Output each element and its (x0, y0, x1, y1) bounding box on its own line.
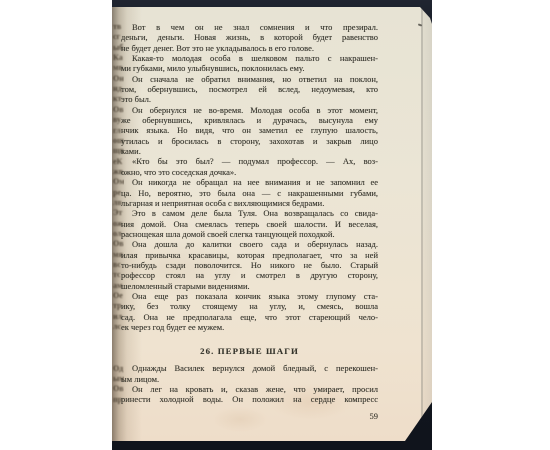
text-line: Он никогда не обращал на нее внимания и … (121, 177, 378, 187)
chapter-heading: 26. ПЕРВЫЕ ШАГИ (121, 346, 378, 357)
ink-speck (418, 23, 422, 26)
text-line: рофессор стоял на углу и смотрел в другу… (121, 270, 378, 280)
text-line: то-нибудь сзади поволочится. Но никого н… (121, 260, 378, 270)
page-number: 59 (121, 411, 378, 421)
text-line: «Кто бы это был? — подумал профессор. — … (121, 156, 378, 166)
text-line: ику, без толку стоящему на углу, и, смея… (121, 301, 378, 311)
paragraph-block-2: Однажды Василек вернулся домой бледный, … (121, 363, 378, 404)
text-line: Он сначала не обратил внимания, но ответ… (121, 74, 378, 84)
text-line: Он обернулся не во-время. Молодая особа … (121, 105, 378, 115)
text-line: Он лег на кровать и, сказав жене, что ум… (121, 384, 378, 394)
screenshot-canvas: твсгыбКамвОнндктОввуглошщвеКжвОмрелвЭтож… (0, 0, 550, 450)
text-line: Это в самом деле была Туля. Она возвраща… (121, 208, 378, 218)
text-line: илая привычка красавицы, которая предпол… (121, 250, 378, 260)
text-line: же обернувшись, кривлялась и дурачась, в… (121, 115, 378, 125)
text-line: Вот в чем он не знал сомнения и что през… (121, 22, 378, 32)
text-line: Она еще раз показала кончик языка этому … (121, 291, 378, 301)
page-stack-edge (423, 7, 432, 441)
text-line: ожно, что это соседская дочка». (121, 167, 378, 177)
text-line: льгарная и неприятная особа с вихляющими… (121, 198, 378, 208)
text-line: раснощекая шла домой своей слегка танцую… (121, 229, 378, 239)
text-line: ками. (121, 146, 378, 156)
text-line: шеломленный старыми видениями. (121, 281, 378, 291)
text-line: Какая-то молодая особа в шелковом пальто… (121, 53, 378, 63)
text-line: нчик языка. Но видя, что он заметил ее г… (121, 125, 378, 135)
text-line: утилась и бросилась в сторону, захохотав… (121, 136, 378, 146)
text-line: Однажды Василек вернулся домой бледный, … (121, 363, 378, 373)
text-line: не будет денег. Вот это не укладывалось … (121, 43, 378, 53)
book-photo: твсгыбКамвОнндктОввуглошщвеКжвОмрелвЭтож… (112, 0, 432, 450)
text-line: деньги, деньги. Новая жизнь, в которой б… (121, 32, 378, 42)
text-line: ца. Но, вероятно, это была она — с накра… (121, 188, 378, 198)
text-line: сад. Она не предполагала еще, что этот с… (121, 312, 378, 322)
text-column: Вот в чем он не знал сомнения и что през… (121, 22, 378, 421)
text-line: ек через год будет ее мужем. (121, 322, 378, 332)
paragraph-block-1: Вот в чем он не знал сомнения и что през… (121, 22, 378, 332)
text-line: Она дошла до калитки своего сада и оберн… (121, 239, 378, 249)
text-line: это был. (121, 94, 378, 104)
book-page: твсгыбКамвОнндктОввуглошщвеКжвОмрелвЭтож… (112, 7, 432, 441)
text-line: ым лицом. (121, 374, 378, 384)
text-line: том, обернувшись, посмотрел ей вслед, не… (121, 84, 378, 94)
text-line: ния домой. Она смеялась теперь своей шал… (121, 219, 378, 229)
text-line: ми губками, мило улыбнувшись, поклонилас… (121, 63, 378, 73)
text-line: ринести холодной воды. Он положил на сер… (121, 394, 378, 404)
